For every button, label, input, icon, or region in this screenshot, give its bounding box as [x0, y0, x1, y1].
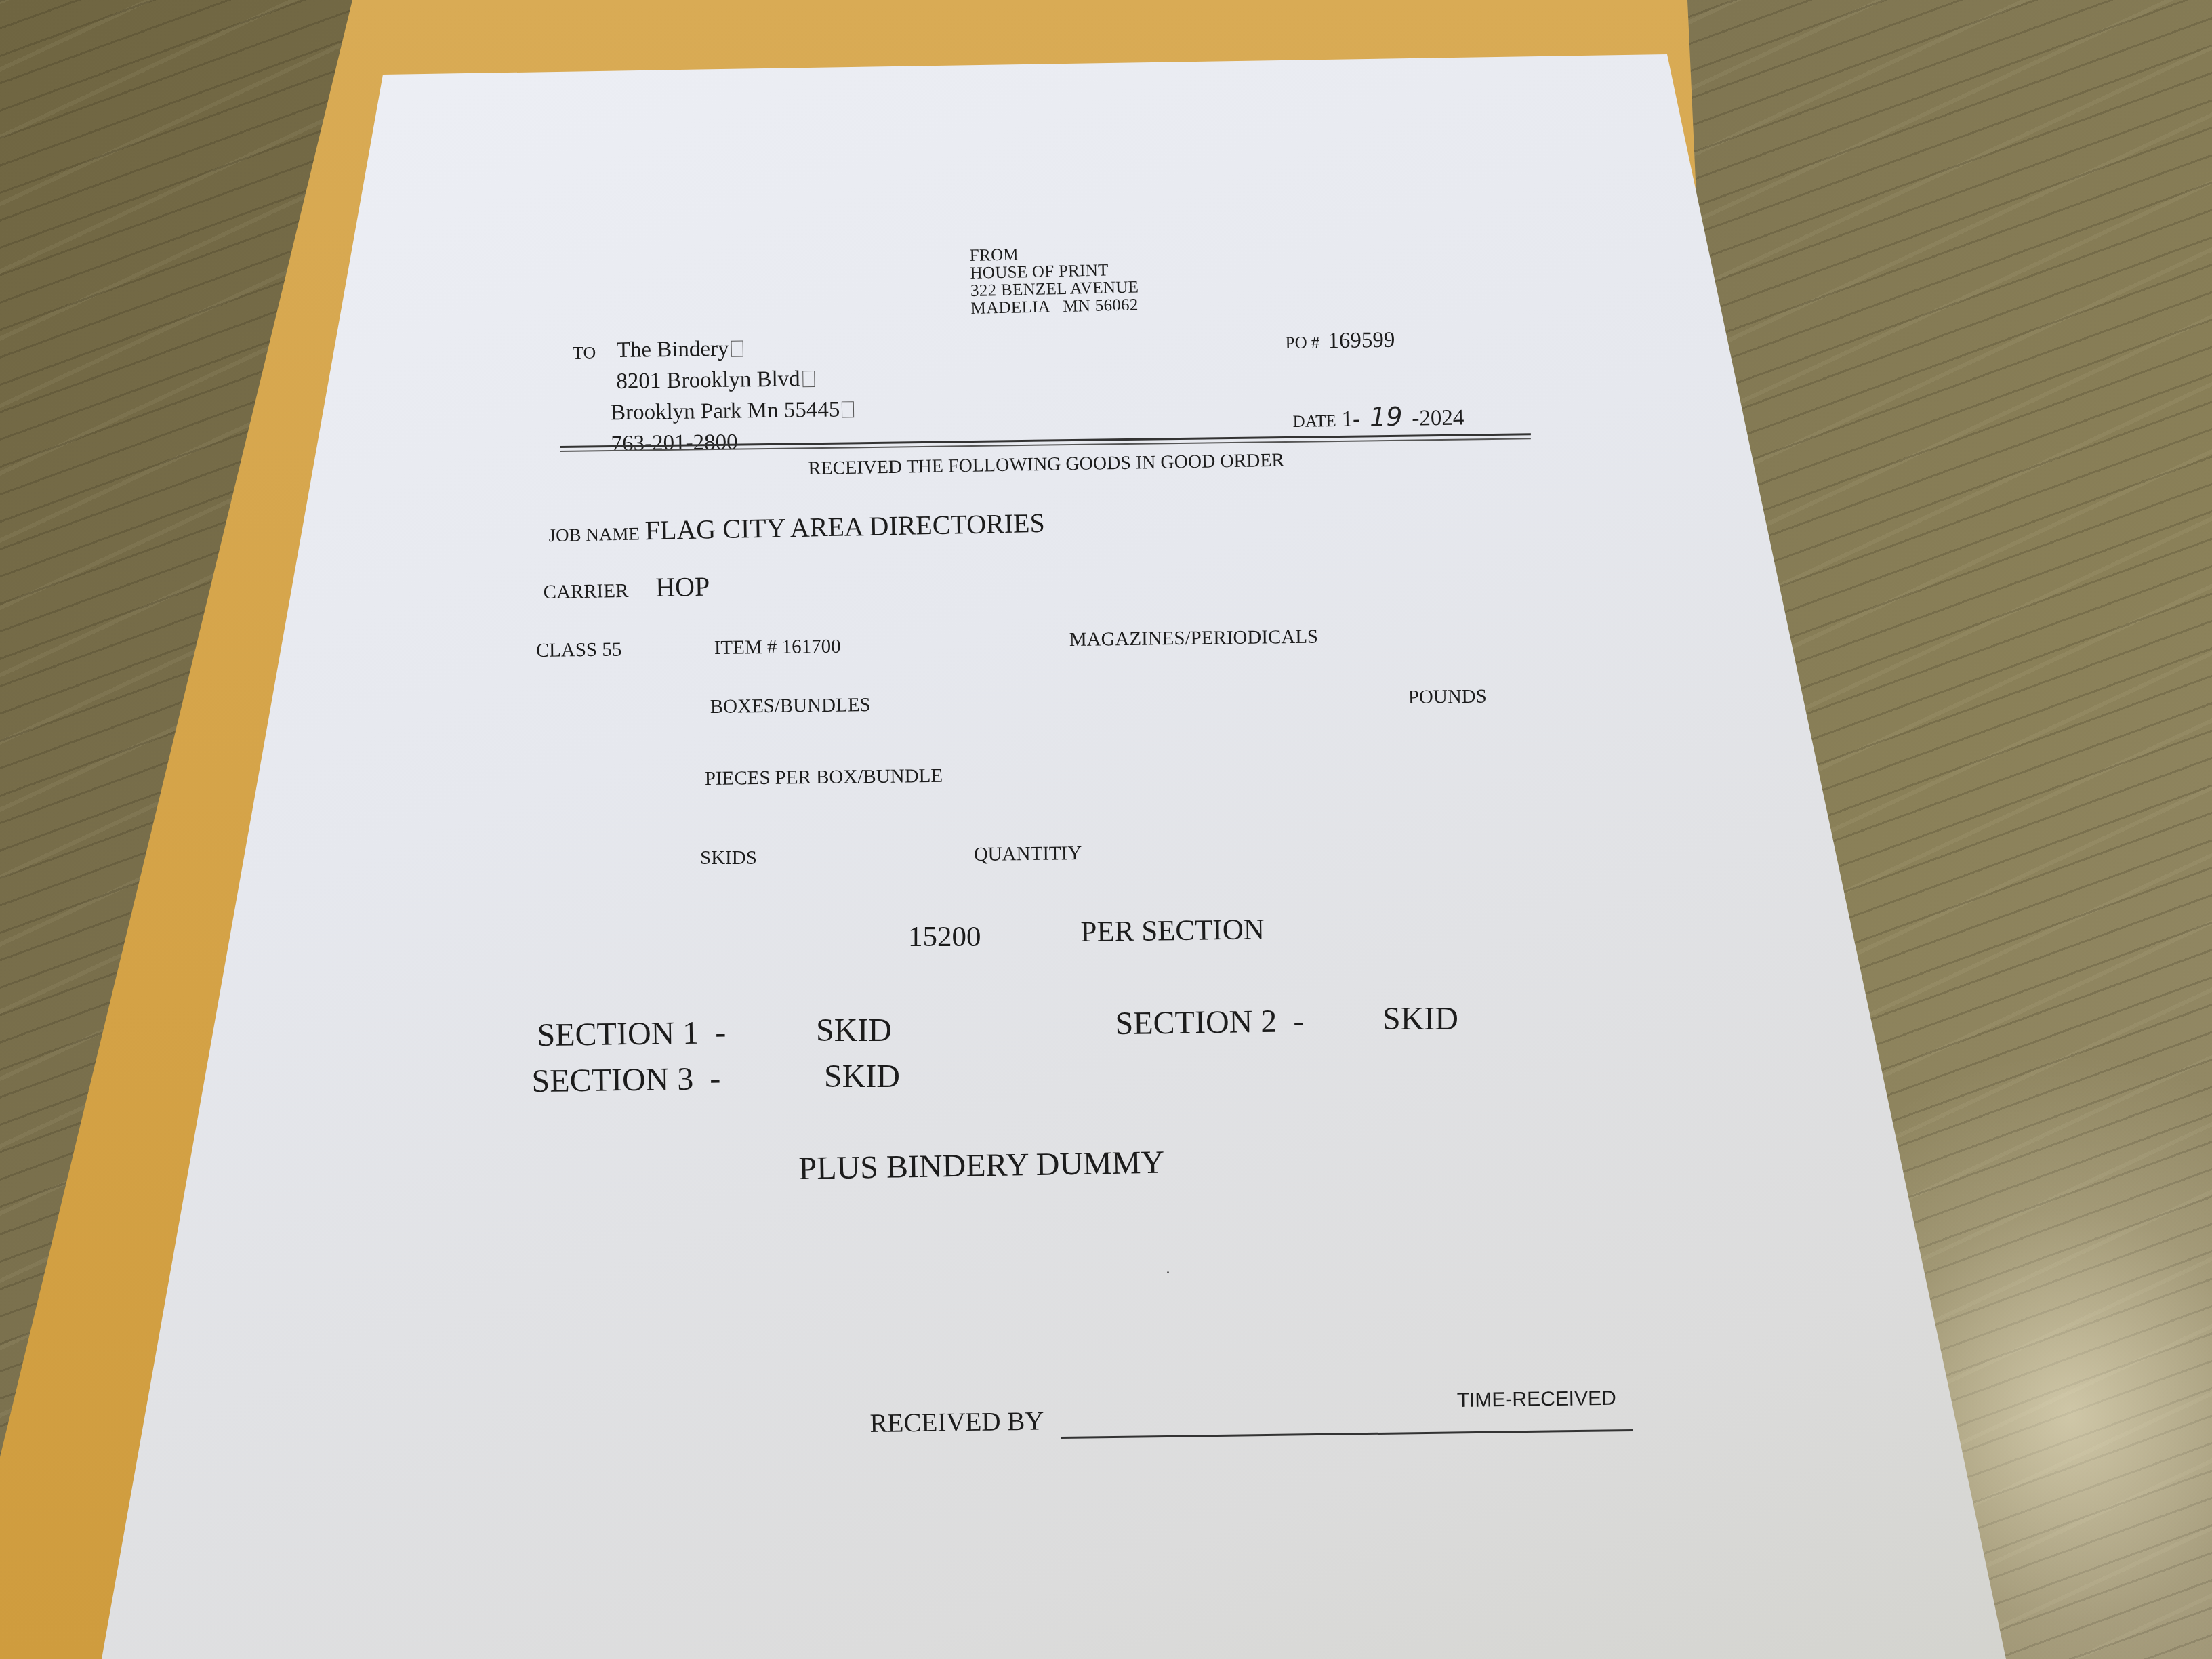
item-number-field: ITEM # 161700: [714, 636, 841, 659]
quantity-value: 15200: [908, 920, 981, 954]
po-value: 169599: [1328, 328, 1395, 353]
date-label: DATE: [1293, 412, 1336, 431]
received-by-signature-line[interactable]: [1061, 1429, 1633, 1439]
to-street: 8201 Brooklyn Blvd: [616, 367, 800, 394]
date-year: -2024: [1412, 405, 1464, 430]
time-received-label: TIME-RECEIVED: [1457, 1387, 1616, 1412]
section-2-label: SECTION 2 -: [1115, 1002, 1304, 1042]
section-2-skid: SKID: [1382, 1000, 1458, 1038]
to-city: Brooklyn Park Mn 55445: [611, 397, 840, 425]
bindery-dummy-note: PLUS BINDERY DUMMY: [798, 1144, 1165, 1187]
carrier-label: CARRIER: [543, 580, 628, 603]
to-address-block: The Bindery 8201 Brooklyn Blvd Brooklyn …: [616, 331, 855, 459]
received-goods-statement: RECEIVED THE FOLLOWING GOODS IN GOOD ORD…: [808, 450, 1284, 480]
received-by-label: RECEIVED BY: [869, 1406, 1044, 1439]
section-3-label: SECTION 3 -: [531, 1060, 720, 1100]
skids-field: SKIDS: [700, 847, 757, 869]
section-1-skid: SKID: [816, 1012, 892, 1049]
date-day-handwritten: 19: [1370, 402, 1403, 432]
quantity-field: QUANTITIY: [974, 842, 1082, 866]
category-field: MAGAZINES/PERIODICALS: [1069, 626, 1319, 651]
box-placeholder-icon: [731, 340, 743, 356]
po-label: PO #: [1286, 333, 1320, 352]
section-1-label: SECTION 1 -: [537, 1014, 726, 1054]
date-field: DATE1-19-2024: [1292, 401, 1464, 433]
from-address-block: FROM HOUSE OF PRINT 322 BENZEL AVENUE MA…: [970, 243, 1139, 318]
job-name-label: JOB NAME: [548, 523, 640, 546]
pounds-field: POUNDS: [1408, 686, 1487, 709]
boxes-bundles-field: BOXES/BUNDLES: [710, 694, 871, 718]
class-field: CLASS 55: [536, 638, 622, 662]
carrier-value: HOP: [655, 571, 710, 602]
carrier-field: CARRIERHOP: [543, 571, 710, 605]
receiving-form: FROM HOUSE OF PRINT 322 BENZEL AVENUE MA…: [0, 0, 2212, 1659]
to-phone: 763-201-2800: [611, 430, 737, 457]
box-placeholder-icon: [842, 401, 854, 417]
quantity-unit: PER SECTION: [1080, 913, 1265, 949]
paper-speck: [1167, 1271, 1169, 1273]
from-city: MADELIA MN 56062: [970, 296, 1139, 318]
to-name: The Bindery: [617, 337, 729, 363]
job-name-value: FLAG CITY AREA DIRECTORIES: [644, 508, 1045, 546]
pieces-per-box-field: PIECES PER BOX/BUNDLE: [705, 765, 943, 790]
box-placeholder-icon: [803, 371, 815, 387]
job-name-field: JOB NAMEFLAG CITY AREA DIRECTORIES: [548, 507, 1045, 548]
section-3-skid: SKID: [824, 1058, 900, 1095]
date-month: 1-: [1341, 407, 1360, 432]
po-number: PO #169599: [1285, 328, 1395, 354]
to-label: TO: [573, 343, 596, 363]
